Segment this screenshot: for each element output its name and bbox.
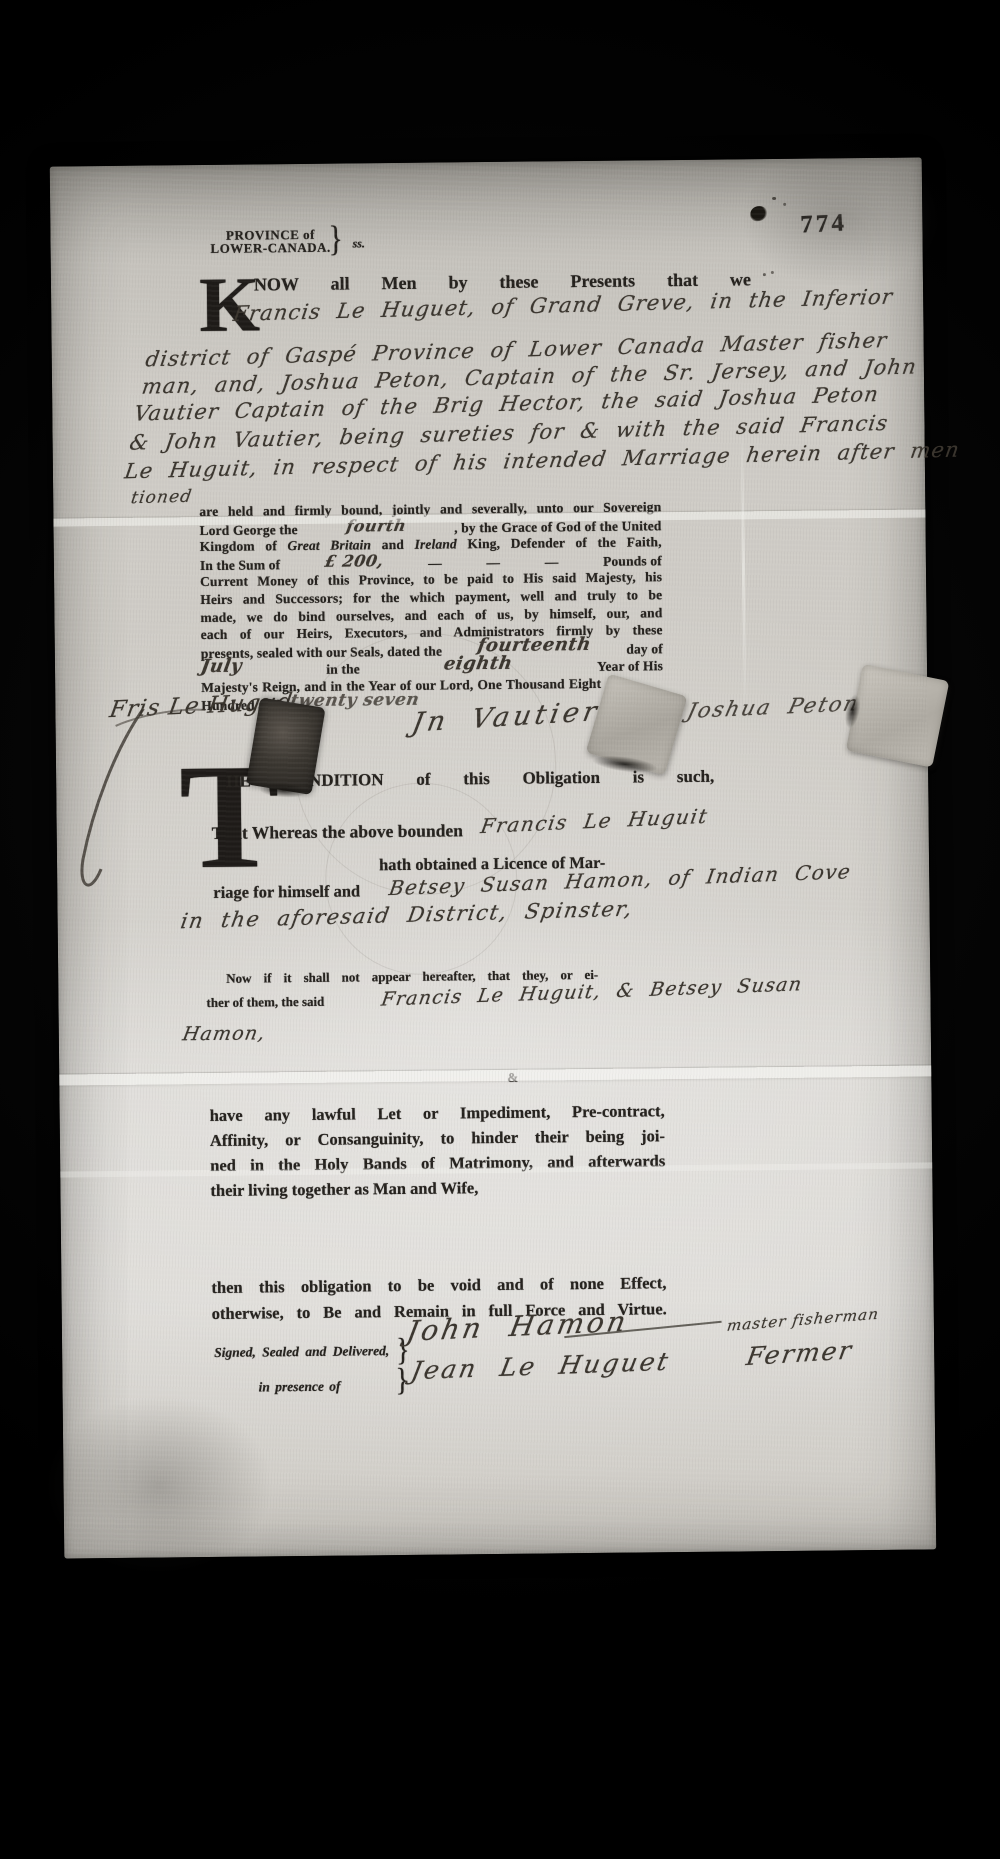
ink-blot [750, 206, 767, 221]
ink-speck-1 [772, 197, 776, 200]
header-brace: } [328, 219, 343, 260]
impediment-paragraph: have any lawful Let or Impediment, Pre-c… [210, 1098, 666, 1203]
witness-1-occupation: master fisherman [726, 1305, 880, 1335]
header-ss-label: ss. [352, 236, 365, 251]
impediment-line-4: their living together as Man and Wife, [210, 1173, 665, 1203]
paper-sheet: PROVINCE of LOWER-CANADA. } ss. 774 K NO… [50, 157, 937, 1558]
bond-dash-3: — [545, 553, 559, 571]
bond-line-3-text-b: and [382, 537, 404, 552]
bond-dash-2: — [486, 554, 500, 572]
province-header: PROVINCE of LOWER-CANADA. [190, 227, 350, 255]
signature-bondsman-3: Joshua Peton [685, 691, 863, 723]
signed-sealed-label: Signed, Sealed and Delivered, [214, 1343, 389, 1361]
bond-line-3-text-a: Kingdom of [200, 538, 277, 554]
bond-line-10-text-b: Year of His [597, 658, 663, 676]
wafer-seal-3 [846, 664, 950, 768]
bond-line-4-text-b: Pounds of [603, 552, 662, 570]
witness-2-occupation: Fermer [744, 1335, 855, 1371]
handwritten-line-7: tioned [130, 487, 194, 509]
scan-shadow-bottom-left [43, 1394, 275, 1576]
attestation-brace-2: } [395, 1363, 409, 1400]
seal-1-ink-smear [258, 782, 308, 799]
hamon-handwritten: Hamon, [181, 1022, 268, 1045]
now-line-2: ther of them, the said [206, 994, 324, 1011]
pen-dots [763, 271, 777, 281]
bond-line-4-text-a: In the Sum of [200, 556, 281, 574]
bond-hw-sum: £ 200, [323, 552, 385, 570]
bond-line-3-text-c: King, Defender of the Faith, [467, 534, 661, 551]
ink-speck-2 [783, 203, 786, 206]
embossed-stamp-ring-inner [324, 782, 518, 976]
bond-dash-1: — [428, 554, 442, 572]
province-line-2: LOWER-CANADA. [191, 240, 351, 255]
scanned-document-page: PROVINCE of LOWER-CANADA. } ss. 774 K NO… [0, 0, 1000, 1859]
bond-line-3-italic-2: Ireland [414, 537, 456, 552]
page-number: 774 [800, 209, 848, 239]
witness-2-signature: Jean Le Huguet [409, 1347, 673, 1385]
fold-crease-lower [59, 1065, 931, 1085]
bond-line-9-text-b: day of [626, 640, 663, 658]
in-presence-label: in presence of [258, 1379, 340, 1396]
